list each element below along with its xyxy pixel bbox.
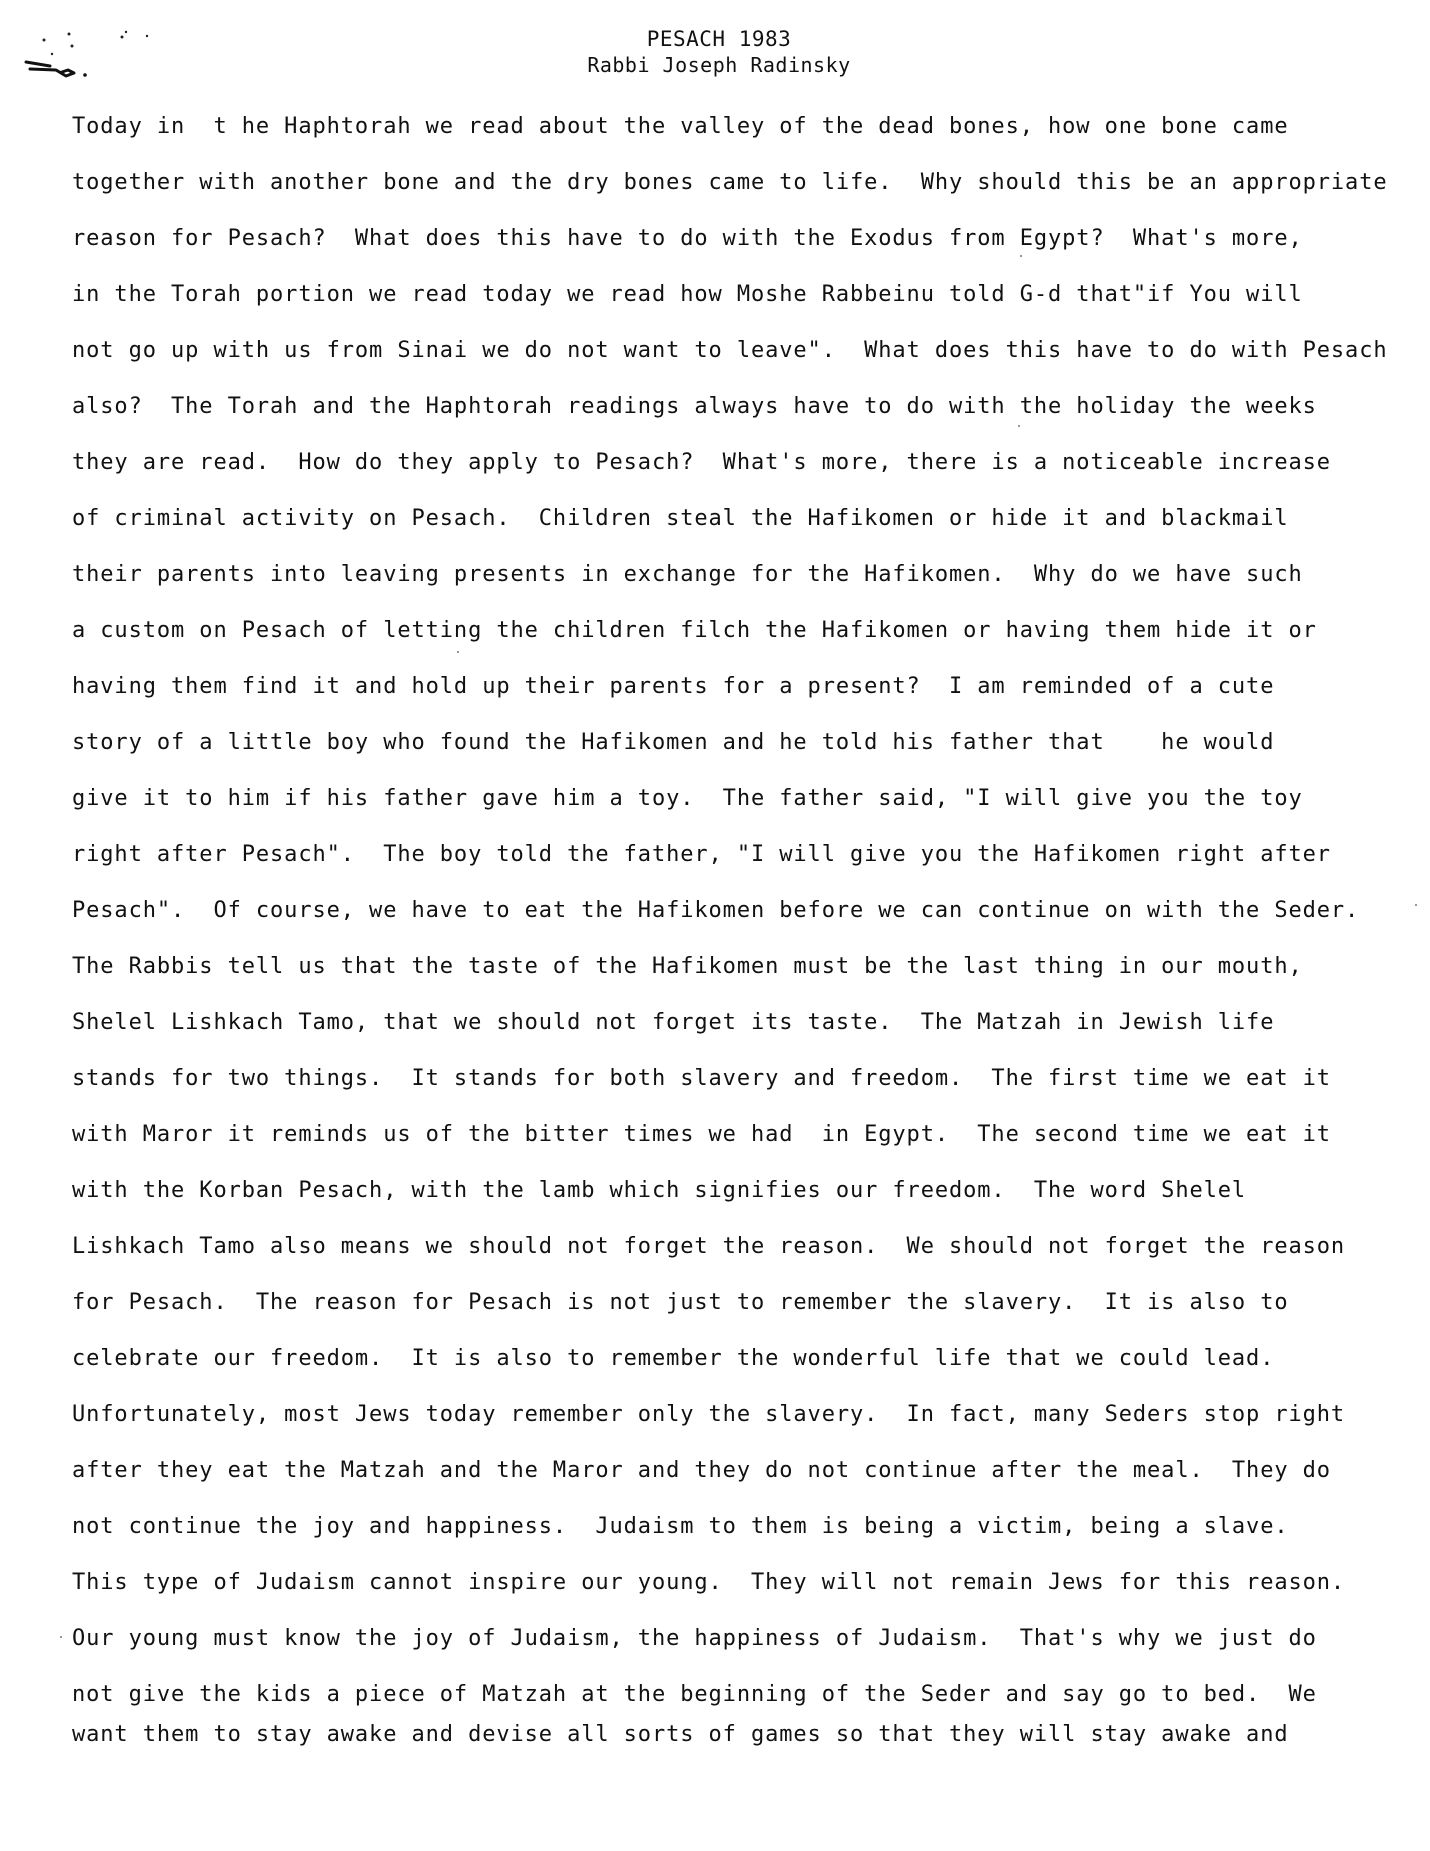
body-line: not give the kids a piece of Matzah at t… bbox=[72, 1681, 1317, 1709]
scan-speck bbox=[457, 651, 459, 653]
body-line: their parents into leaving presents in e… bbox=[72, 561, 1303, 589]
scan-speck bbox=[1020, 255, 1022, 257]
body-line: with Maror it reminds us of the bitter t… bbox=[72, 1121, 1331, 1149]
body-line: having them find it and hold up their pa… bbox=[72, 673, 1274, 701]
body-line: story of a little boy who found the Hafi… bbox=[72, 729, 1274, 757]
body-line: with the Korban Pesach, with the lamb wh… bbox=[72, 1177, 1246, 1205]
body-line: together with another bone and the dry b… bbox=[72, 169, 1388, 197]
body-line: reason for Pesach? What does this have t… bbox=[72, 225, 1303, 253]
body-line: not continue the joy and happiness. Juda… bbox=[72, 1513, 1288, 1541]
body-line: Lishkach Tamo also means we should not f… bbox=[72, 1233, 1345, 1261]
scan-speck bbox=[1415, 904, 1417, 906]
body-line: not go up with us from Sinai we do not w… bbox=[72, 337, 1388, 365]
document-author: Rabbi Joseph Radinsky bbox=[0, 52, 1430, 78]
body-line: This type of Judaism cannot inspire our … bbox=[72, 1569, 1345, 1597]
body-line: want them to stay awake and devise all s… bbox=[72, 1721, 1288, 1749]
body-line: Shelel Lishkach Tamo, that we should not… bbox=[72, 1009, 1274, 1037]
body-line: Our young must know the joy of Judaism, … bbox=[72, 1625, 1317, 1653]
body-line: a custom on Pesach of letting the childr… bbox=[72, 617, 1317, 645]
body-line: after they eat the Matzah and the Maror … bbox=[72, 1457, 1331, 1485]
scan-speck bbox=[60, 1636, 62, 1638]
body-line: Unfortunately, most Jews today remember … bbox=[72, 1401, 1345, 1429]
body-line: they are read. How do they apply to Pesa… bbox=[72, 449, 1331, 477]
body-line: The Rabbis tell us that the taste of the… bbox=[72, 953, 1303, 981]
body-line: Pesach". Of course, we have to eat the H… bbox=[72, 897, 1359, 925]
document-title: PESACH 1983 bbox=[0, 26, 1430, 52]
body-line: right after Pesach". The boy told the fa… bbox=[72, 841, 1331, 869]
body-line: give it to him if his father gave him a … bbox=[72, 785, 1303, 813]
body-line: Today in t he Haphtorah we read about th… bbox=[72, 113, 1288, 141]
body-line: in the Torah portion we read today we re… bbox=[72, 281, 1303, 309]
body-line: of criminal activity on Pesach. Children… bbox=[72, 505, 1288, 533]
document-page: PESACH 1983 Rabbi Joseph Radinsky Today … bbox=[0, 0, 1430, 1851]
body-line: also? The Torah and the Haphtorah readin… bbox=[72, 393, 1317, 421]
body-line: stands for two things. It stands for bot… bbox=[72, 1065, 1331, 1093]
scan-speck bbox=[1018, 425, 1020, 427]
document-header: PESACH 1983 Rabbi Joseph Radinsky bbox=[0, 26, 1430, 78]
body-line: celebrate our freedom. It is also to rem… bbox=[72, 1345, 1274, 1373]
body-line: for Pesach. The reason for Pesach is not… bbox=[72, 1289, 1288, 1317]
